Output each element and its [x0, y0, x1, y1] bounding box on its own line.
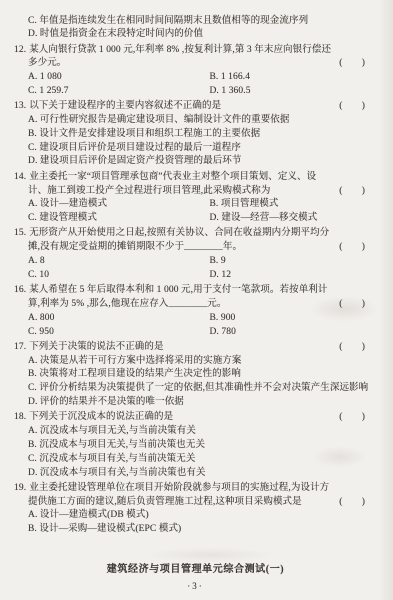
question-head: 14.业主委托一家“项目管理承包商”代表业主对整个项目策划、定义、设计、施工到竣…	[14, 171, 377, 199]
question-block: 13.以下关于建设程序的主要内容叙述不正确的是( )A. 可行性研究报告是确定建…	[14, 100, 377, 169]
question-number: 16.	[14, 285, 26, 295]
question-head: 19.业主委托建设管理单位在项目开始阶段就参与项目的实施过程,为设计方提供施工方…	[14, 482, 377, 510]
exam-footer-title: 建筑经济与项目管理单元综合测试(一)	[14, 563, 377, 577]
option-row: C. 1 259.7D. 1 360.5	[14, 85, 377, 99]
option: D. 沉没成本与项目有关,与当前决策也有关	[28, 467, 206, 481]
answer-bracket: ( )	[339, 185, 365, 199]
question-text-body: 业主委托一家“项目管理承包商”代表业主对整个项目策划、定义、设计、施工到竣工投产…	[28, 172, 316, 196]
option: D. 建设项目后评价是固定资产投资管理的最后环节	[28, 155, 242, 169]
question-text: 13.以下关于建设程序的主要内容叙述不正确的是	[14, 100, 333, 114]
option: C. 年值是指连续发生在相同时间间隔期末且数值相等的现金流序列	[28, 15, 308, 29]
option: D. 1 360.5	[209, 85, 250, 99]
option-row: A. 1 080B. 1 166.4	[14, 71, 377, 85]
option-row: A. 设计—建造模式B. 项目管理模式	[14, 198, 377, 212]
question-head: 16.某人希望在 5 年后取得本利和 1 000 元,用于支付一笔款项。若按单利…	[14, 284, 377, 312]
option-row: D. 评价的结果并不是决策的唯一依据	[14, 396, 377, 410]
option-row: C. 评价分析结果为决策提供了一定的依据,但其准确性并不会对决策产生深远影响	[14, 382, 377, 396]
option-row: C. 950D. 780	[14, 326, 377, 340]
option-row: C. 年值是指连续发生在相同时间间隔期末且数值相等的现金流序列	[14, 15, 377, 29]
question-text: 12.某人向银行贷款 1 000 元,年利率 8% ,按复利计算,第 3 年末应…	[14, 44, 333, 72]
option-row: A. 决策是从若干可行方案中选择将采用的实施方案	[14, 355, 377, 369]
option: A. 可行性研究报告是确定建设项目、编制设计文件的重要依据	[28, 114, 290, 128]
option-row: A. 沉没成本与项目无关,与当前决策有关	[14, 425, 377, 439]
question-text-body: 某人向银行贷款 1 000 元,年利率 8% ,按复利计算,第 3 年末应向银行…	[28, 45, 331, 69]
option: C. 建设管理模式	[28, 212, 209, 226]
options: A. 设计—建造模式B. 项目管理模式C. 建设管理模式D. 建设—经营—移交模…	[14, 198, 377, 226]
question-number: 18.	[14, 412, 26, 422]
options: C. 年值是指连续发生在相同时间间隔期末且数值相等的现金流序列D. 时值是指资金…	[14, 15, 377, 43]
option: A. 1 080	[28, 71, 209, 85]
option: B. 设计文件是安排建设项目和组织工程施工的主要依据	[28, 128, 260, 142]
option-row: D. 沉没成本与项目有关,与当前决策也有关	[14, 467, 377, 481]
option-row: B. 沉没成本与项目无关,与当前决策也无关	[14, 439, 377, 453]
option-row: D. 时值是指资金在末段特定时间内的价值	[14, 28, 377, 42]
option: D. 780	[209, 326, 235, 340]
options: A. 800B. 900C. 950D. 780	[14, 312, 377, 340]
options: A. 8B. 9C. 10D. 12	[14, 255, 377, 283]
answer-bracket: ( )	[339, 496, 365, 510]
option-row: A. 可行性研究报告是确定建设项目、编制设计文件的重要依据	[14, 114, 377, 128]
question-head: 18.下列关于沉没成本的说法正确的是( )	[14, 411, 377, 425]
option-row: C. 沉没成本与项目有关,与当前决策无关	[14, 453, 377, 467]
option-row: B. 设计—采购—建设模式(EPC 模式)	[14, 523, 377, 537]
question-head: 13.以下关于建设程序的主要内容叙述不正确的是( )	[14, 100, 377, 114]
exam-page: C. 年值是指连续发生在相同时间间隔期末且数值相等的现金流序列D. 时值是指资金…	[0, 0, 393, 600]
question-text: 17.下列关于决策的说法不正确的是	[14, 341, 333, 355]
answer-bracket: ( )	[339, 241, 365, 255]
option-row: B. 决策将对工程项目建设的结果产生决定性的影响	[14, 368, 377, 382]
answer-bracket: ( )	[339, 100, 365, 114]
option-row: C. 10D. 12	[14, 269, 377, 283]
option: C. 沉没成本与项目有关,与当前决策无关	[28, 453, 195, 467]
options: A. 可行性研究报告是确定建设项目、编制设计文件的重要依据B. 设计文件是安排建…	[14, 114, 377, 169]
options: A. 设计—建造模式(DB 模式)B. 设计—采购—建设模式(EPC 模式)	[14, 509, 377, 537]
option: B. 设计—采购—建设模式(EPC 模式)	[28, 523, 181, 537]
question-block: 16.某人希望在 5 年后取得本利和 1 000 元,用于支付一笔款项。若按单利…	[14, 284, 377, 339]
question-text-body: 下列关于沉没成本的说法正确的是	[29, 412, 173, 422]
option: A. 设计—建造模式(DB 模式)	[28, 509, 149, 523]
option: C. 1 259.7	[28, 85, 209, 99]
question-text-body: 无形资产从开始使用之日起,按照有关协议、合同在收益期内分期平均分摊,没有规定受益…	[28, 228, 329, 252]
question-number: 14.	[14, 172, 26, 182]
question-number: 19.	[14, 483, 26, 493]
option: B. 决策将对工程项目建设的结果产生决定性的影响	[28, 368, 241, 382]
option: C. 评价分析结果为决策提供了一定的依据,但其准确性并不会对决策产生深远影响	[28, 382, 368, 396]
option-row: C. 建设项目后评价是项目建设过程的最后一道程序	[14, 142, 377, 156]
options: A. 沉没成本与项目无关,与当前决策有关B. 沉没成本与项目无关,与当前决策也无…	[14, 425, 377, 480]
answer-bracket: ( )	[339, 411, 365, 425]
question-text: 16.某人希望在 5 年后取得本利和 1 000 元,用于支付一笔款项。若按单利…	[14, 284, 333, 312]
question-block: 15.无形资产从开始使用之日起,按照有关协议、合同在收益期内分期平均分摊,没有规…	[14, 227, 377, 282]
option: D. 评价的结果并不是决策的唯一依据	[28, 396, 184, 410]
question-block: 18.下列关于沉没成本的说法正确的是( )A. 沉没成本与项目无关,与当前决策有…	[14, 411, 377, 480]
question-text-body: 某人希望在 5 年后取得本利和 1 000 元,用于支付一笔款项。若按单利计算,…	[28, 285, 328, 309]
option: B. 1 166.4	[209, 71, 250, 85]
options: A. 1 080B. 1 166.4C. 1 259.7D. 1 360.5	[14, 71, 377, 99]
option: D. 时值是指资金在末段特定时间内的价值	[28, 28, 203, 42]
question-text: 18.下列关于沉没成本的说法正确的是	[14, 411, 333, 425]
question-number: 13.	[14, 101, 26, 111]
question-block: 19.业主委托建设管理单位在项目开始阶段就参与项目的实施过程,为设计方提供施工方…	[14, 482, 377, 537]
question-head: 12.某人向银行贷款 1 000 元,年利率 8% ,按复利计算,第 3 年末应…	[14, 44, 377, 72]
page-number: ·3·	[14, 580, 377, 594]
options: A. 决策是从若干可行方案中选择将采用的实施方案B. 决策将对工程项目建设的结果…	[14, 355, 377, 410]
page-footer: 建筑经济与项目管理单元综合测试(一) ·3·	[14, 563, 377, 594]
question-block: 14.业主委托一家“项目管理承包商”代表业主对整个项目策划、定义、设计、施工到竣…	[14, 171, 377, 226]
option: B. 沉没成本与项目无关,与当前决策也无关	[28, 439, 205, 453]
question-number: 17.	[14, 342, 26, 352]
option: B. 900	[209, 312, 235, 326]
option: B. 9	[209, 255, 225, 269]
option: B. 项目管理模式	[209, 198, 278, 212]
option-row: C. 建设管理模式D. 建设—经营—移交模式	[14, 212, 377, 226]
option: A. 沉没成本与项目无关,与当前决策有关	[28, 425, 196, 439]
question-block: 17.下列关于决策的说法不正确的是( )A. 决策是从若干可行方案中选择将采用的…	[14, 341, 377, 410]
question-text-body: 以下关于建设程序的主要内容叙述不正确的是	[29, 101, 221, 111]
question-list: C. 年值是指连续发生在相同时间间隔期末且数值相等的现金流序列D. 时值是指资金…	[14, 15, 377, 537]
answer-bracket: ( )	[339, 341, 365, 355]
question-number: 15.	[14, 228, 26, 238]
option: C. 950	[28, 326, 209, 340]
option: A. 设计—建造模式	[28, 198, 209, 212]
question-block: C. 年值是指连续发生在相同时间间隔期末且数值相等的现金流序列D. 时值是指资金…	[14, 15, 377, 43]
option-row: D. 建设项目后评价是固定资产投资管理的最后环节	[14, 155, 377, 169]
option: D. 12	[209, 269, 231, 283]
question-head: 15.无形资产从开始使用之日起,按照有关协议、合同在收益期内分期平均分摊,没有规…	[14, 227, 377, 255]
question-text: 15.无形资产从开始使用之日起,按照有关协议、合同在收益期内分期平均分摊,没有规…	[14, 227, 333, 255]
option: A. 800	[28, 312, 209, 326]
question-text-body: 业主委托建设管理单位在项目开始阶段就参与项目的实施过程,为设计方提供施工方面的建…	[28, 483, 329, 507]
option: D. 建设—经营—移交模式	[209, 212, 317, 226]
option-row: A. 800B. 900	[14, 312, 377, 326]
questions-container: C. 年值是指连续发生在相同时间间隔期末且数值相等的现金流序列D. 时值是指资金…	[0, 0, 393, 594]
answer-bracket: ( )	[339, 298, 365, 312]
question-number: 12.	[14, 45, 26, 55]
question-text: 14.业主委托一家“项目管理承包商”代表业主对整个项目策划、定义、设计、施工到竣…	[14, 171, 333, 199]
option-row: A. 设计—建造模式(DB 模式)	[14, 509, 377, 523]
option: A. 决策是从若干可行方案中选择将采用的实施方案	[28, 355, 242, 369]
option-row: A. 8B. 9	[14, 255, 377, 269]
option: C. 10	[28, 269, 209, 283]
option: A. 8	[28, 255, 209, 269]
question-text-body: 下列关于决策的说法不正确的是	[29, 342, 163, 352]
option-row: B. 设计文件是安排建设项目和组织工程施工的主要依据	[14, 128, 377, 142]
question-block: 12.某人向银行贷款 1 000 元,年利率 8% ,按复利计算,第 3 年末应…	[14, 44, 377, 99]
question-head: 17.下列关于决策的说法不正确的是( )	[14, 341, 377, 355]
answer-bracket: ( )	[339, 57, 365, 71]
question-text: 19.业主委托建设管理单位在项目开始阶段就参与项目的实施过程,为设计方提供施工方…	[14, 482, 333, 510]
option: C. 建设项目后评价是项目建设过程的最后一道程序	[28, 142, 241, 156]
